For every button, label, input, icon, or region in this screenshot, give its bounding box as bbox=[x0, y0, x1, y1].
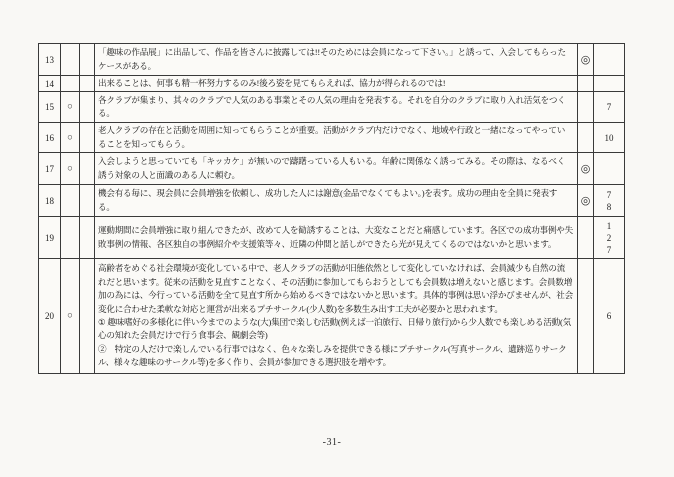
content-text: 入会しようと思っていても「キッカケ」が無いので躊躇っている人もいる。年齢に関係な… bbox=[98, 155, 573, 182]
double-circle-cell: ◎ bbox=[578, 153, 594, 184]
content-cell: 高齢者をめぐる社会環境が変化している中で、老人クラブの活動が旧態依然として変化し… bbox=[95, 259, 578, 373]
double-circle-cell bbox=[578, 76, 594, 91]
reference-number-cell: 10 bbox=[594, 123, 624, 152]
double-circle-cell bbox=[578, 259, 594, 373]
reference-number-text: 10 bbox=[605, 132, 614, 144]
content-cell: 各クラブが集まり、其々のクラブで人気のある事業とその人気の理由を発表する。それを… bbox=[95, 92, 578, 122]
spacer-cell bbox=[80, 92, 95, 122]
spacer-cell bbox=[80, 76, 95, 91]
row-number-cell: 14 bbox=[39, 76, 61, 91]
row-number-cell: 16 bbox=[39, 123, 61, 152]
content-cell: 運動期間に会員増強に取り組んできたが、改めて人を勧誘することは、大変なことだと痛… bbox=[95, 217, 578, 258]
table-row: 13 「趣味の作品展」に出品して、作品を皆さんに披露しては!!そのためには会員に… bbox=[39, 44, 624, 76]
content-text: 出来ることは、何事も精一杯努力するのみ!後ろ姿を見てもらえれば、協力が得られるの… bbox=[98, 77, 445, 90]
content-cell: 出来ることは、何事も精一杯努力するのみ!後ろ姿を見てもらえれば、協力が得られるの… bbox=[95, 76, 578, 91]
spacer-cell bbox=[80, 153, 95, 184]
reference-number-cell bbox=[594, 153, 624, 184]
circle-mark-cell: ○ bbox=[61, 259, 80, 373]
reference-number-cell bbox=[594, 76, 624, 91]
member-recruitment-ideas-table: 13 「趣味の作品展」に出品して、作品を皆さんに披露しては!!そのためには会員に… bbox=[38, 43, 625, 374]
content-text: 機会有る毎に、現会員に会員増強を依頼し、成功した人には謝意(金品でなくてもよい。… bbox=[98, 187, 573, 214]
row-number-cell: 15 bbox=[39, 92, 61, 122]
content-text: 老人クラブの存在と活動を周囲に知ってもらうことが重要。活動がクラブ内だけでなく、… bbox=[98, 124, 573, 151]
content-text: 高齢者をめぐる社会環境が変化している中で、老人クラブの活動が旧態依然として変化し… bbox=[98, 262, 573, 369]
reference-number-cell: 7 8 bbox=[594, 185, 624, 216]
table-row: 17 ○ 入会しようと思っていても「キッカケ」が無いので躊躇っている人もいる。年… bbox=[39, 153, 624, 185]
row-number-cell: 20 bbox=[39, 259, 61, 373]
reference-number-cell: 1 2 7 bbox=[594, 217, 624, 258]
table-row: 15 ○ 各クラブが集まり、其々のクラブで人気のある事業とその人気の理由を発表す… bbox=[39, 92, 624, 123]
reference-number-cell: 6 bbox=[594, 259, 624, 373]
circle-mark-cell: ○ bbox=[61, 123, 80, 152]
double-circle-cell bbox=[578, 123, 594, 152]
circle-mark-cell: ○ bbox=[61, 153, 80, 184]
circle-mark-cell bbox=[61, 44, 80, 75]
reference-number-text: 7 bbox=[607, 101, 612, 113]
content-text: 運動期間に会員増強に取り組んできたが、改めて人を勧誘することは、大変なことだと痛… bbox=[98, 224, 573, 251]
row-number-cell: 19 bbox=[39, 217, 61, 258]
spacer-cell bbox=[80, 259, 95, 373]
row-number-cell: 17 bbox=[39, 153, 61, 184]
table-row: 20 ○ 高齢者をめぐる社会環境が変化している中で、老人クラブの活動が旧態依然と… bbox=[39, 259, 624, 373]
circle-mark-cell bbox=[61, 76, 80, 91]
reference-number-text: 7 8 bbox=[607, 189, 612, 213]
reference-number-cell: 7 bbox=[594, 92, 624, 122]
double-circle-cell: ◎ bbox=[578, 185, 594, 216]
double-circle-cell bbox=[578, 217, 594, 258]
page-number: -31- bbox=[0, 437, 664, 448]
reference-number-text: 1 2 7 bbox=[607, 220, 612, 256]
table-row: 18 機会有る毎に、現会員に会員増強を依頼し、成功した人には謝意(金品でなくても… bbox=[39, 185, 624, 217]
scanned-document-page: 13 「趣味の作品展」に出品して、作品を皆さんに披露しては!!そのためには会員に… bbox=[0, 0, 674, 477]
spacer-cell bbox=[80, 44, 95, 75]
double-circle-cell bbox=[578, 92, 594, 122]
double-circle-cell: ◎ bbox=[578, 44, 594, 75]
spacer-cell bbox=[80, 185, 95, 216]
table-row: 19 運動期間に会員増強に取り組んできたが、改めて人を勧誘することは、大変なこと… bbox=[39, 217, 624, 259]
content-text: 「趣味の作品展」に出品して、作品を皆さんに披露しては!!そのためには会員になって… bbox=[98, 46, 573, 73]
reference-number-text: 6 bbox=[607, 310, 612, 322]
row-number-cell: 13 bbox=[39, 44, 61, 75]
table-row: 14 出来ることは、何事も精一杯努力するのみ!後ろ姿を見てもらえれば、協力が得ら… bbox=[39, 76, 624, 92]
circle-mark-cell: ○ bbox=[61, 92, 80, 122]
content-cell: 老人クラブの存在と活動を周囲に知ってもらうことが重要。活動がクラブ内だけでなく、… bbox=[95, 123, 578, 152]
content-cell: 「趣味の作品展」に出品して、作品を皆さんに披露しては!!そのためには会員になって… bbox=[95, 44, 578, 75]
spacer-cell bbox=[80, 217, 95, 258]
content-text: 各クラブが集まり、其々のクラブで人気のある事業とその人気の理由を発表する。それを… bbox=[98, 94, 573, 121]
reference-number-cell bbox=[594, 44, 624, 75]
content-cell: 入会しようと思っていても「キッカケ」が無いので躊躇っている人もいる。年齢に関係な… bbox=[95, 153, 578, 184]
row-number-cell: 18 bbox=[39, 185, 61, 216]
content-cell: 機会有る毎に、現会員に会員増強を依頼し、成功した人には謝意(金品でなくてもよい。… bbox=[95, 185, 578, 216]
circle-mark-cell bbox=[61, 185, 80, 216]
table-row: 16 ○ 老人クラブの存在と活動を周囲に知ってもらうことが重要。活動がクラブ内だ… bbox=[39, 123, 624, 153]
circle-mark-cell bbox=[61, 217, 80, 258]
spacer-cell bbox=[80, 123, 95, 152]
